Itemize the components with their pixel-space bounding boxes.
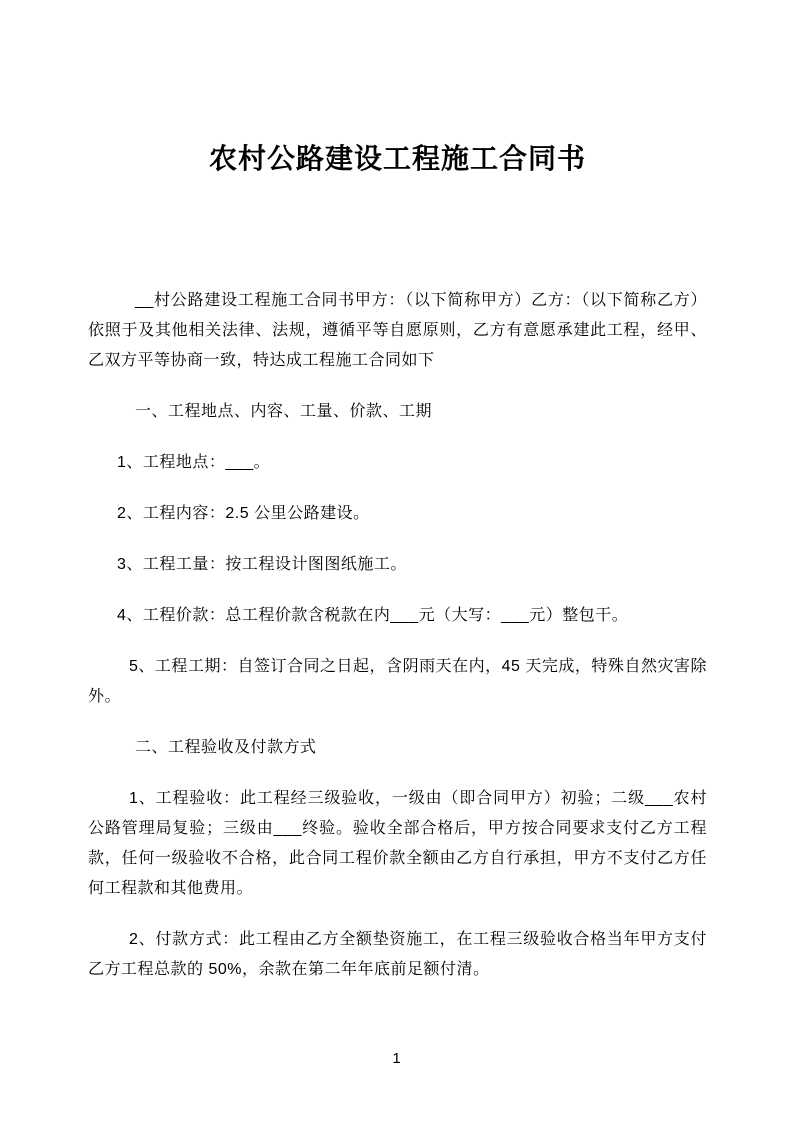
clause-project-duration: 5、工程工期：自签订合同之日起，含阴雨天在内，45 天完成，特殊自然灾害除外。 bbox=[88, 652, 707, 712]
page-footer: 1 bbox=[0, 1050, 793, 1068]
document-body: __村公路建设工程施工合同书甲方：（以下简称甲方）乙方：（以下简称乙方）依照于及… bbox=[88, 286, 707, 985]
intro-paragraph: __村公路建设工程施工合同书甲方：（以下简称甲方）乙方：（以下简称乙方）依照于及… bbox=[88, 286, 707, 376]
document-page: 农村公路建设工程施工合同书 __村公路建设工程施工合同书甲方：（以下简称甲方）乙… bbox=[0, 0, 793, 1122]
section-2-heading: 二、工程验收及付款方式 bbox=[88, 733, 707, 763]
document-title: 农村公路建设工程施工合同书 bbox=[88, 143, 707, 174]
clause-payment-method: 2、付款方式：此工程由乙方全额垫资施工，在工程三级验收合格当年甲方支付乙方工程总… bbox=[88, 925, 707, 985]
page-number: 1 bbox=[392, 1050, 400, 1067]
clause-project-content: 2、工程内容：2.5 公里公路建设。 bbox=[88, 499, 707, 529]
clause-project-location: 1、工程地点：___。 bbox=[88, 448, 707, 478]
clause-project-price: 4、工程价款：总工程价款含税款在内___元（大写：___元）整包干。 bbox=[88, 601, 707, 631]
section-1-heading: 一、工程地点、内容、工量、价款、工期 bbox=[88, 397, 707, 427]
clause-acceptance: 1、工程验收：此工程经三级验收，一级由（即合同甲方）初验；二级___农村公路管理… bbox=[88, 784, 707, 904]
clause-project-quantity: 3、工程工量：按工程设计图图纸施工。 bbox=[88, 550, 707, 580]
